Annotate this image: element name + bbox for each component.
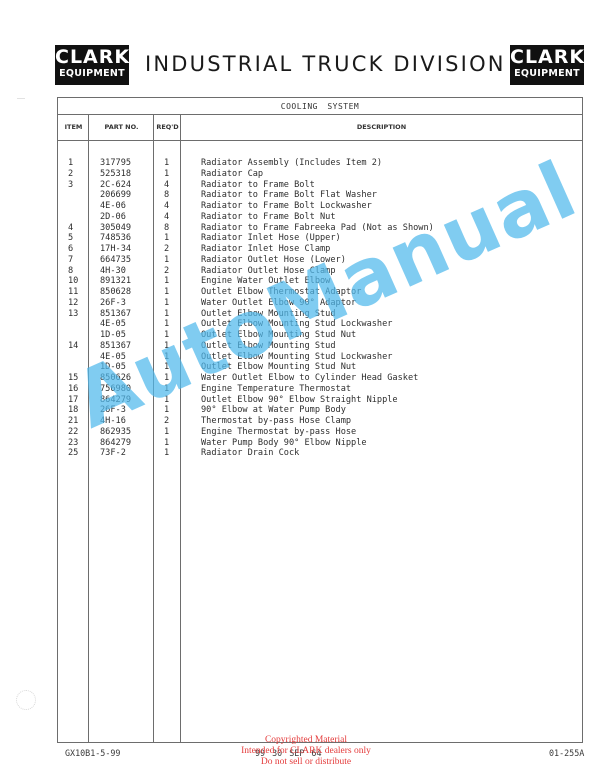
quantity-required: 1: [164, 373, 169, 384]
footer-page-id: 01-255A: [549, 748, 584, 758]
part-description: Radiator Inlet Hose Clamp: [201, 244, 330, 255]
part-number: 862935: [100, 427, 131, 438]
part-number: 664735: [100, 255, 131, 266]
quantity-required: 1: [164, 158, 169, 169]
quantity-required: 8: [164, 190, 169, 201]
part-number: 525318: [100, 169, 131, 180]
item-number: 12: [58, 298, 86, 309]
item-number: 18: [58, 405, 86, 416]
quantity-required: 1: [164, 427, 169, 438]
part-description: Water Pump Body 90° Elbow Nipple: [201, 438, 367, 449]
part-description: Outlet Elbow Mounting Stud Nut: [201, 362, 356, 373]
part-description: Radiator Outlet Hose Clamp: [201, 266, 336, 277]
part-description: Radiator to Frame Fabreeka Pad (Not as S…: [201, 223, 434, 234]
quantity-required: 4: [164, 180, 169, 191]
item-number: 13: [58, 309, 86, 320]
parts-list: 13177951Radiator Assembly (Includes Item…: [58, 158, 582, 459]
logo-sub-text: EQUIPMENT: [510, 67, 584, 80]
column-header-description: DESCRIPTION: [181, 115, 582, 141]
column-header-item: ITEM: [58, 115, 89, 141]
table-row: 25253181Radiator Cap: [58, 169, 582, 180]
part-number: 851367: [100, 341, 131, 352]
parts-table: COOLING SYSTEM ITEM PART NO. REQ'D DESCR…: [57, 97, 583, 743]
table-row: 1226F-31Water Outlet Elbow 90° Adaptor: [58, 298, 582, 309]
item-number: 22: [58, 427, 86, 438]
quantity-required: 1: [164, 298, 169, 309]
item-number: 1: [58, 158, 86, 169]
item-number: 6: [58, 244, 86, 255]
part-number: 1D-05: [100, 362, 126, 373]
table-row: 617H-342Radiator Inlet Hose Clamp: [58, 244, 582, 255]
quantity-required: 1: [164, 448, 169, 459]
copyright-line: Intended for CLARK dealers only: [200, 746, 412, 757]
quantity-required: 1: [164, 276, 169, 287]
table-row: 1D-051Outlet Elbow Mounting Stud Nut: [58, 362, 582, 373]
part-number: 317795: [100, 158, 131, 169]
quantity-required: 1: [164, 362, 169, 373]
part-number: 4E-05: [100, 319, 126, 330]
part-number: 2C-624: [100, 180, 131, 191]
table-row: 138513671Outlet Elbow Mounting Stud: [58, 309, 582, 320]
table-row: 2D-064Radiator to Frame Bolt Nut: [58, 212, 582, 223]
part-description: Engine Temperature Thermostat: [201, 384, 351, 395]
part-description: Radiator to Frame Bolt Flat Washer: [201, 190, 377, 201]
table-row: 238642791Water Pump Body 90° Elbow Nippl…: [58, 438, 582, 449]
table-row: 178642791Outlet Elbow 90° Elbow Straight…: [58, 395, 582, 406]
table-row: 13177951Radiator Assembly (Includes Item…: [58, 158, 582, 169]
division-title: INDUSTRIAL TRUCK DIVISION: [145, 52, 500, 76]
quantity-required: 8: [164, 223, 169, 234]
quantity-required: 1: [164, 287, 169, 298]
quantity-required: 4: [164, 201, 169, 212]
part-number: 1D-05: [100, 330, 126, 341]
part-description: Radiator to Frame Bolt: [201, 180, 315, 191]
item-number: 14: [58, 341, 86, 352]
table-row: 1826F-3190° Elbow at Water Pump Body: [58, 405, 582, 416]
quantity-required: 1: [164, 352, 169, 363]
quantity-required: 1: [164, 319, 169, 330]
part-description: Radiator Cap: [201, 169, 263, 180]
part-number: 850626: [100, 373, 131, 384]
part-description: Radiator Inlet Hose (Upper): [201, 233, 341, 244]
part-number: 864279: [100, 395, 131, 406]
part-description: Outlet Elbow Mounting Stud Lockwasher: [201, 319, 392, 330]
quantity-required: 1: [164, 438, 169, 449]
quantity-required: 1: [164, 341, 169, 352]
part-description: Radiator Drain Cock: [201, 448, 299, 459]
part-number: 73F-2: [100, 448, 126, 459]
table-row: 57485361Radiator Inlet Hose (Upper): [58, 233, 582, 244]
item-number: 4: [58, 223, 86, 234]
item-number: 23: [58, 438, 86, 449]
part-description: Outlet Elbow Thermostat Adaptor: [201, 287, 361, 298]
part-number: 864279: [100, 438, 131, 449]
quantity-required: 1: [164, 233, 169, 244]
item-number: 3: [58, 180, 86, 191]
logo-sub-text: EQUIPMENT: [55, 67, 129, 80]
part-description: Outlet Elbow Mounting Stud: [201, 341, 336, 352]
table-row: 84H-302Radiator Outlet Hose Clamp: [58, 266, 582, 277]
logo-brand-text: CLARK: [55, 48, 129, 67]
part-description: Water Outlet Elbow 90° Adaptor: [201, 298, 356, 309]
part-description: Engine Thermostat by-pass Hose: [201, 427, 356, 438]
quantity-required: 1: [164, 395, 169, 406]
quantity-required: 1: [164, 384, 169, 395]
quantity-required: 2: [164, 244, 169, 255]
part-number: 891321: [100, 276, 131, 287]
part-description: 90° Elbow at Water Pump Body: [201, 405, 346, 416]
column-header-part-no: PART NO.: [89, 115, 154, 141]
table-row: 2066998Radiator to Frame Bolt Flat Washe…: [58, 190, 582, 201]
column-header-reqd: REQ'D: [154, 115, 181, 141]
part-description: Outlet Elbow Mounting Stud: [201, 309, 336, 320]
part-number: 756980: [100, 384, 131, 395]
part-number: 851367: [100, 309, 131, 320]
part-number: 26F-3: [100, 298, 126, 309]
part-number: 26F-3: [100, 405, 126, 416]
quantity-required: 4: [164, 212, 169, 223]
item-number: 8: [58, 266, 86, 277]
item-number: 2: [58, 169, 86, 180]
quantity-required: 2: [164, 266, 169, 277]
part-description: Outlet Elbow Mounting Stud Lockwasher: [201, 352, 392, 363]
quantity-required: 1: [164, 330, 169, 341]
logo-brand-text: CLARK: [510, 48, 584, 67]
table-row: 228629351Engine Thermostat by-pass Hose: [58, 427, 582, 438]
item-number: 21: [58, 416, 86, 427]
punch-hole-mark: [16, 690, 36, 710]
table-row: 4E-051Outlet Elbow Mounting Stud Lockwas…: [58, 352, 582, 363]
quantity-required: 1: [164, 405, 169, 416]
clark-logo-left: CLARK EQUIPMENT: [55, 45, 129, 85]
quantity-required: 2: [164, 416, 169, 427]
item-number: 5: [58, 233, 86, 244]
part-description: Radiator to Frame Bolt Nut: [201, 212, 336, 223]
quantity-required: 1: [164, 309, 169, 320]
item-number: 15: [58, 373, 86, 384]
item-number: 11: [58, 287, 86, 298]
part-description: Water Outlet Elbow to Cylinder Head Gask…: [201, 373, 418, 384]
part-description: Engine Water Outlet Elbow: [201, 276, 330, 287]
part-number: 748536: [100, 233, 131, 244]
part-number: 4H-30: [100, 266, 126, 277]
item-number: 16: [58, 384, 86, 395]
table-row: 4E-064Radiator to Frame Bolt Lockwasher: [58, 201, 582, 212]
part-number: 4H-16: [100, 416, 126, 427]
table-row: 1D-051Outlet Elbow Mounting Stud Nut: [58, 330, 582, 341]
part-description: Radiator Assembly (Includes Item 2): [201, 158, 382, 169]
item-number: 25: [58, 448, 86, 459]
item-number: 10: [58, 276, 86, 287]
table-row: 167569801Engine Temperature Thermostat: [58, 384, 582, 395]
quantity-required: 1: [164, 255, 169, 266]
part-description: Radiator Outlet Hose (Lower): [201, 255, 346, 266]
table-row: 2573F-21Radiator Drain Cock: [58, 448, 582, 459]
part-number: 305049: [100, 223, 131, 234]
copyright-line: Do not sell or distribute: [200, 757, 412, 768]
section-title: COOLING SYSTEM: [58, 98, 582, 115]
table-row: 108913211Engine Water Outlet Elbow: [58, 276, 582, 287]
footer-form-number: GX10B1-5-99: [65, 748, 120, 758]
part-number: 4E-05: [100, 352, 126, 363]
table-row: 118506281Outlet Elbow Thermostat Adaptor: [58, 287, 582, 298]
item-number: 17: [58, 395, 86, 406]
part-number: 17H-34: [100, 244, 131, 255]
part-description: Outlet Elbow 90° Elbow Straight Nipple: [201, 395, 398, 406]
table-row: 4E-051Outlet Elbow Mounting Stud Lockwas…: [58, 319, 582, 330]
margin-mark: [17, 98, 25, 99]
table-row: 214H-162Thermostat by-pass Hose Clamp: [58, 416, 582, 427]
table-row: 158506261Water Outlet Elbow to Cylinder …: [58, 373, 582, 384]
quantity-required: 1: [164, 169, 169, 180]
copyright-notice: Copyrighted Material Intended for CLARK …: [200, 735, 412, 768]
table-row: 76647351Radiator Outlet Hose (Lower): [58, 255, 582, 266]
copyright-line: Copyrighted Material: [200, 735, 412, 746]
table-row: 148513671Outlet Elbow Mounting Stud: [58, 341, 582, 352]
clark-logo-right: CLARK EQUIPMENT: [510, 45, 584, 85]
part-description: Outlet Elbow Mounting Stud Nut: [201, 330, 356, 341]
table-row: 43050498Radiator to Frame Fabreeka Pad (…: [58, 223, 582, 234]
part-number: 206699: [100, 190, 131, 201]
part-description: Thermostat by-pass Hose Clamp: [201, 416, 351, 427]
part-description: Radiator to Frame Bolt Lockwasher: [201, 201, 372, 212]
part-number: 4E-06: [100, 201, 126, 212]
table-row: 32C-6244Radiator to Frame Bolt: [58, 180, 582, 191]
part-number: 2D-06: [100, 212, 126, 223]
part-number: 850628: [100, 287, 131, 298]
item-number: 7: [58, 255, 86, 266]
